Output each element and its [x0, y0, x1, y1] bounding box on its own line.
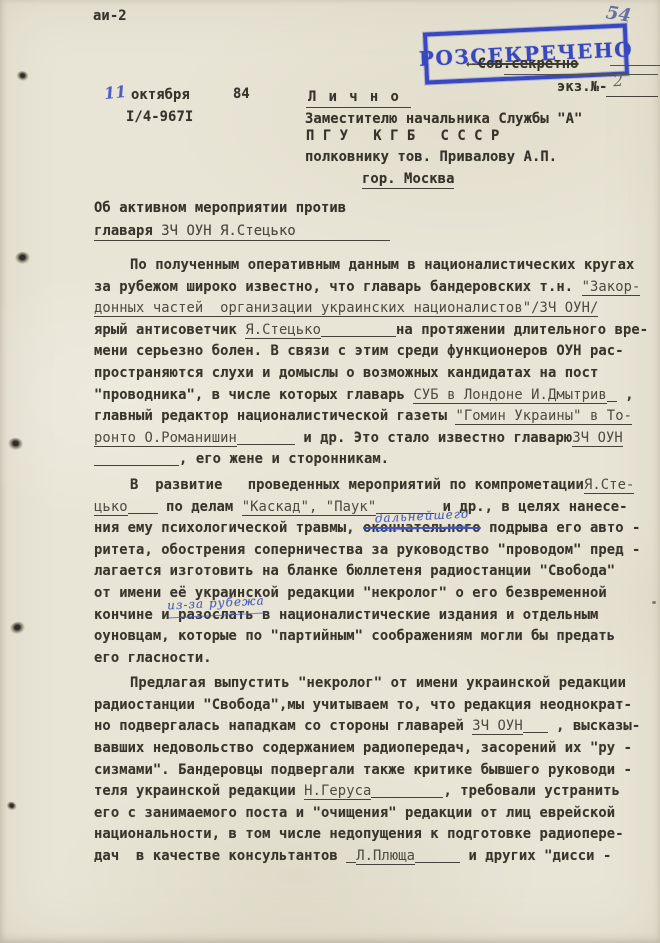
- text-line: ния ему психологической травмы, окончате…: [94, 516, 654, 538]
- text-segment: Предлагая выпустить "некролог" от имени …: [130, 675, 626, 691]
- text-segment: "Каскад", "Паук": [242, 499, 377, 516]
- text-line: за рубежом широко известно, что главарь …: [94, 275, 654, 297]
- text-segment: ярый антисоветчик: [94, 322, 245, 338]
- text-line: кончине и разослатьиз-за рубежа в национ…: [94, 603, 654, 625]
- text-segment: теля украинской редакции: [94, 783, 304, 799]
- text-segment: , требовали устранить: [443, 783, 620, 799]
- copy-label: экз.№-: [557, 79, 607, 95]
- text-line: радиостанции "Свобода",мы учитываем то, …: [94, 693, 654, 715]
- addressee-line: П Г У К Г Б С С С Р: [306, 128, 499, 144]
- text-segment: по делам: [158, 499, 242, 515]
- handwritten-annotation: дальнейшего: [374, 504, 469, 532]
- blank-underline: [415, 850, 460, 863]
- addressee-city: гор. Москва: [362, 171, 454, 189]
- text-line: По полученным оперативным данным в нацио…: [94, 253, 654, 275]
- text-segment: "проводника", в числе которых главарь: [94, 387, 413, 403]
- subject-value: ЗЧ ОУН Я.Стецько: [161, 223, 296, 239]
- copy-number-underline: [606, 96, 658, 97]
- strike-line: [610, 65, 660, 66]
- punch-hole: [5, 800, 18, 811]
- text-segment: В развитие проведенных мероприятий по ко…: [130, 477, 584, 493]
- text-segment: цько: [94, 499, 128, 516]
- text-line: вавших недовольство содержанием радиопер…: [94, 736, 654, 758]
- blank-underline: [523, 720, 548, 733]
- text-line: ярый антисоветчик Я.Стецькона протяжении…: [94, 318, 654, 340]
- text-segment: , его жене и сторонникам.: [179, 451, 389, 467]
- strike-arrow-icon: ←—: [466, 57, 478, 72]
- text-segment: сизмами". Бандеровцы подвергали также кр…: [94, 762, 632, 778]
- subject-label: главаря: [94, 223, 161, 239]
- text-segment: По полученным оперативным данным в нацио…: [130, 257, 634, 273]
- handwritten-annotation: из-за рубежа: [167, 590, 266, 618]
- text-segment: ЗЧ ОУН: [472, 718, 522, 735]
- text-line: оуновцам, которые по "партийным" соображ…: [94, 624, 654, 646]
- text-segment: вавших недовольство содержанием радиопер…: [94, 740, 632, 756]
- text-segment: пространяются слухи и домыслы о возможны…: [94, 365, 598, 381]
- text-segment: СУБ в Лондоне И.Дмытрив: [413, 387, 606, 404]
- text-segment: мени серьезно болен. В связи с этим сред…: [94, 343, 624, 359]
- corner-code: аи-2: [93, 8, 127, 24]
- document-page: аи-2 54 РОЗСЕКРЕЧЕНО ←— Сов.секретно экз…: [0, 0, 660, 943]
- text-line: В развитие проведенных мероприятий по ко…: [94, 473, 654, 495]
- text-segment: "Закор-: [582, 279, 641, 296]
- date-month: октября: [131, 87, 190, 103]
- classification-line: ←— Сов.секретно: [466, 56, 579, 72]
- blank-underline: [237, 431, 295, 444]
- text-line: сизмами". Бандеровцы подвергали также кр…: [94, 758, 654, 780]
- text-segment: окончательногодальнейшего: [363, 520, 481, 536]
- text-segment: и др. Это стало известно главарю: [295, 430, 572, 446]
- text-line: пространяются слухи и домыслы о возможны…: [94, 361, 654, 383]
- text-segment: Я.Сте-: [584, 477, 634, 494]
- text-segment: национальности, в том числе недопущения …: [94, 826, 624, 842]
- text-segment: "Гомин Украины" в То-: [455, 408, 632, 425]
- text-segment: Я.Стецько: [245, 322, 321, 339]
- text-segment: подрыва его авто -: [481, 520, 641, 536]
- text-segment: ритета, обострения соперничества за руко…: [94, 542, 640, 558]
- text-segment: ,: [617, 387, 634, 403]
- paragraph: По полученным оперативным данным в нацио…: [94, 253, 654, 469]
- text-segment: лагается изготовить на бланке бюллетеня …: [94, 563, 615, 579]
- addressee-line: Заместителю начальника Службы "А": [305, 111, 582, 127]
- text-segment: но подвергалась нападкам со стороны глав…: [94, 718, 472, 734]
- text-line: его гласности.: [94, 646, 654, 668]
- text-line: дач в качестве консультантов Л.Плюща и д…: [94, 844, 654, 866]
- text-segment: на протяжении длительного вре-: [396, 322, 648, 338]
- punch-hole: [7, 437, 24, 451]
- blank-underline: [94, 453, 179, 466]
- text-line: , его жене и сторонникам.: [94, 447, 654, 469]
- text-segment: оуновцам, которые по "партийным" соображ…: [94, 628, 615, 644]
- text-segment: Н.Геруса: [304, 783, 371, 800]
- text-line: ритета, обострения соперничества за руко…: [94, 538, 654, 560]
- blank-underline: [607, 388, 617, 401]
- text-line: "проводника", в числе которых главарь СУ…: [94, 383, 654, 405]
- addressee-line: полковнику тов. Привалову А.П.: [305, 149, 557, 165]
- text-segment: дач в качестве консультантов: [94, 848, 346, 864]
- text-line: национальности, в том числе недопущения …: [94, 822, 654, 844]
- text-segment: в националистические издания и отдельным: [254, 607, 599, 623]
- paragraph: В развитие проведенных мероприятий по ко…: [94, 473, 654, 667]
- reference-number: I/4-967I: [126, 109, 193, 125]
- text-segment: главный редактор националистической газе…: [94, 408, 455, 424]
- personal-label: Л и ч н о: [306, 89, 411, 108]
- text-line: главный редактор националистической газе…: [94, 404, 654, 426]
- text-line: его с занимаемого поста и "очищения" ред…: [94, 801, 654, 823]
- punch-hole: [9, 620, 27, 635]
- handwritten-copy-number: 2: [612, 71, 623, 91]
- blank-underline: [346, 850, 356, 863]
- blank-underline: [321, 323, 396, 336]
- text-segment: кончине и: [94, 607, 178, 623]
- text-segment: ния ему психологической травмы,: [94, 520, 363, 536]
- classification-text: Сов.секретно: [478, 56, 579, 72]
- blank-underline: [371, 785, 443, 798]
- text-line: но подвергалась нападкам со стороны глав…: [94, 714, 654, 736]
- text-line: лагается изготовить на бланке бюллетеня …: [94, 559, 654, 581]
- declassified-stamp: РОЗСЕКРЕЧЕНО: [423, 23, 629, 84]
- paragraph: Предлагая выпустить "некролог" от имени …: [94, 671, 654, 865]
- classification-underline: [504, 74, 658, 75]
- text-line: Предлагая выпустить "некролог" от имени …: [94, 671, 654, 693]
- text-segment: , высказы-: [548, 718, 640, 734]
- text-segment: разослатьиз-за рубежа: [178, 607, 254, 623]
- subject-line-2: главаря ЗЧ ОУН Я.Стецько: [94, 223, 390, 241]
- text-segment: и других "дисси -: [460, 848, 611, 864]
- text-segment: ронто О.Романишин: [94, 430, 237, 447]
- document-body: По полученным оперативным данным в нацио…: [94, 253, 654, 866]
- text-segment: его гласности.: [94, 650, 212, 666]
- subject-line-1: Об активном мероприятии против: [94, 200, 346, 216]
- text-segment: радиостанции "Свобода",мы учитываем то, …: [94, 697, 632, 713]
- text-line: мени серьезно болен. В связи с этим сред…: [94, 339, 654, 361]
- punch-hole: [14, 251, 30, 265]
- text-segment: ЗЧ ОУН: [572, 430, 622, 447]
- text-segment: его с занимаемого поста и "очищения" ред…: [94, 805, 615, 821]
- handwritten-date-day: 11: [103, 82, 127, 103]
- date-year: 84: [233, 86, 250, 102]
- text-line: донных частей организации украинских нац…: [94, 296, 654, 318]
- text-segment: Л.Плюща: [356, 848, 415, 865]
- text-segment: донных частей организации украинских нац…: [94, 300, 598, 317]
- punch-hole: [16, 70, 30, 82]
- text-segment: за рубежом широко известно, что главарь …: [94, 279, 582, 295]
- text-line: ронто О.Романишин и др. Это стало извест…: [94, 426, 654, 448]
- text-line: теля украинской редакции Н.Геруса, требо…: [94, 779, 654, 801]
- blank-underline: [128, 500, 158, 513]
